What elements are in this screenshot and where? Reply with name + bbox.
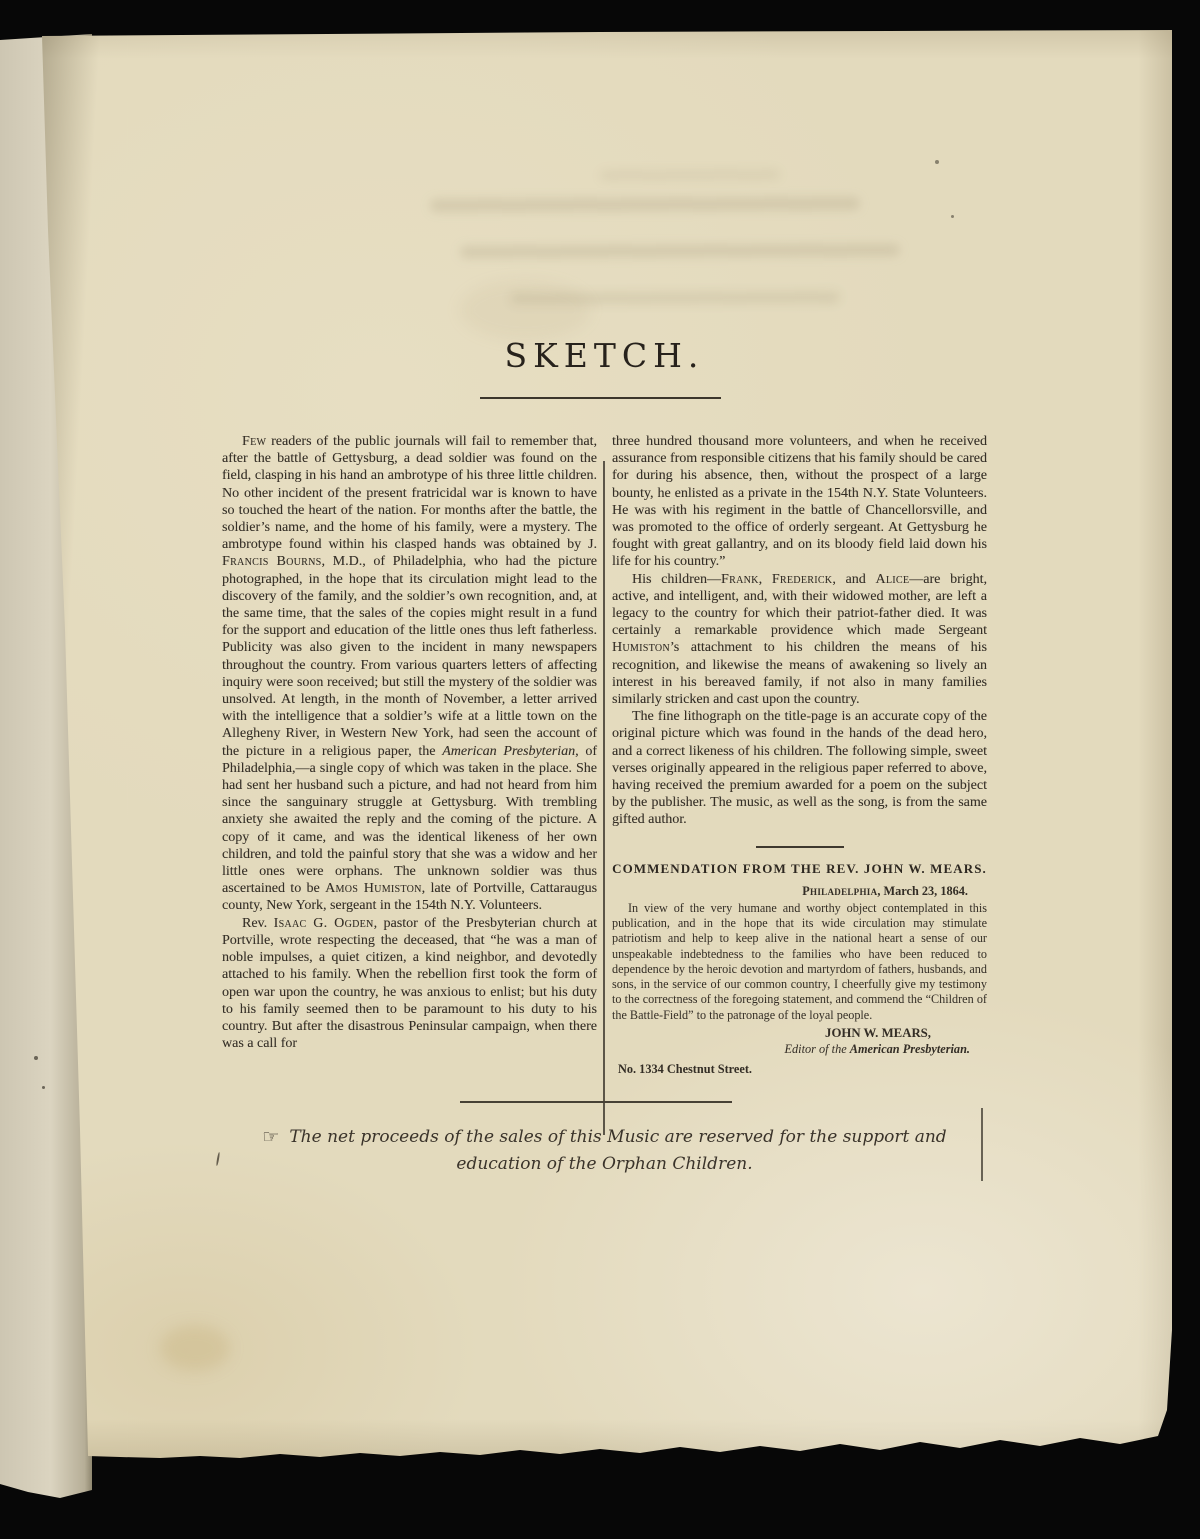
section-rule xyxy=(756,846,844,848)
footer-note-text: The net proceeds of the sales of this Mu… xyxy=(289,1127,946,1174)
show-through-text-ghost xyxy=(430,197,860,212)
column-divider xyxy=(603,461,605,1135)
paragraph: Rev. Isaac G. Ogden, pastor of the Presb… xyxy=(222,915,597,1053)
title-rule xyxy=(480,397,721,399)
show-through-text-ghost xyxy=(600,170,780,181)
paper-speck xyxy=(951,215,954,218)
paragraph: three hundred thousand more volunteers, … xyxy=(612,433,987,571)
commendation-body: In view of the very humane and worthy ob… xyxy=(612,901,987,1023)
two-column-text-block: Few readers of the public journals will … xyxy=(222,433,987,1077)
paragraph: Few readers of the public journals will … xyxy=(222,433,597,915)
commendation-dateline: Philadelphia, March 23, 1864. xyxy=(612,884,968,899)
manicule-icon: ☞ xyxy=(262,1126,279,1148)
paper-stain xyxy=(160,1325,230,1371)
paragraph: His children—Frank, Frederick, and Alice… xyxy=(612,571,987,709)
paper-speck xyxy=(935,160,939,164)
footer-note: ☞The net proceeds of the sales of this M… xyxy=(222,1124,987,1178)
commendation-signature: JOHN W. MEARS, xyxy=(612,1026,931,1041)
left-column: Few readers of the public journals will … xyxy=(222,433,597,1052)
commendation-heading: COMMENDATION FROM THE REV. JOHN W. MEARS… xyxy=(612,861,987,877)
ink-mark xyxy=(216,1152,220,1166)
right-column: three hundred thousand more volunteers, … xyxy=(612,433,987,1077)
footer-rule xyxy=(460,1101,732,1103)
binding-stitch-hole xyxy=(34,1056,38,1060)
commendation-address: No. 1334 Chestnut Street. xyxy=(618,1062,987,1077)
show-through-text-ghost xyxy=(460,244,900,258)
book-page: SKETCH. Few readers of the public journa… xyxy=(40,30,1172,1462)
page-title: SKETCH. xyxy=(222,339,987,373)
binding-stitch-hole xyxy=(42,1086,45,1089)
scanned-book-page-scene: SKETCH. Few readers of the public journa… xyxy=(0,0,1200,1539)
ink-mark xyxy=(981,1108,983,1181)
commendation-signature-title: Editor of the American Presbyterian. xyxy=(612,1042,970,1057)
paper-stain xyxy=(460,280,590,340)
paragraph: The fine lithograph on the title-page is… xyxy=(612,708,987,828)
